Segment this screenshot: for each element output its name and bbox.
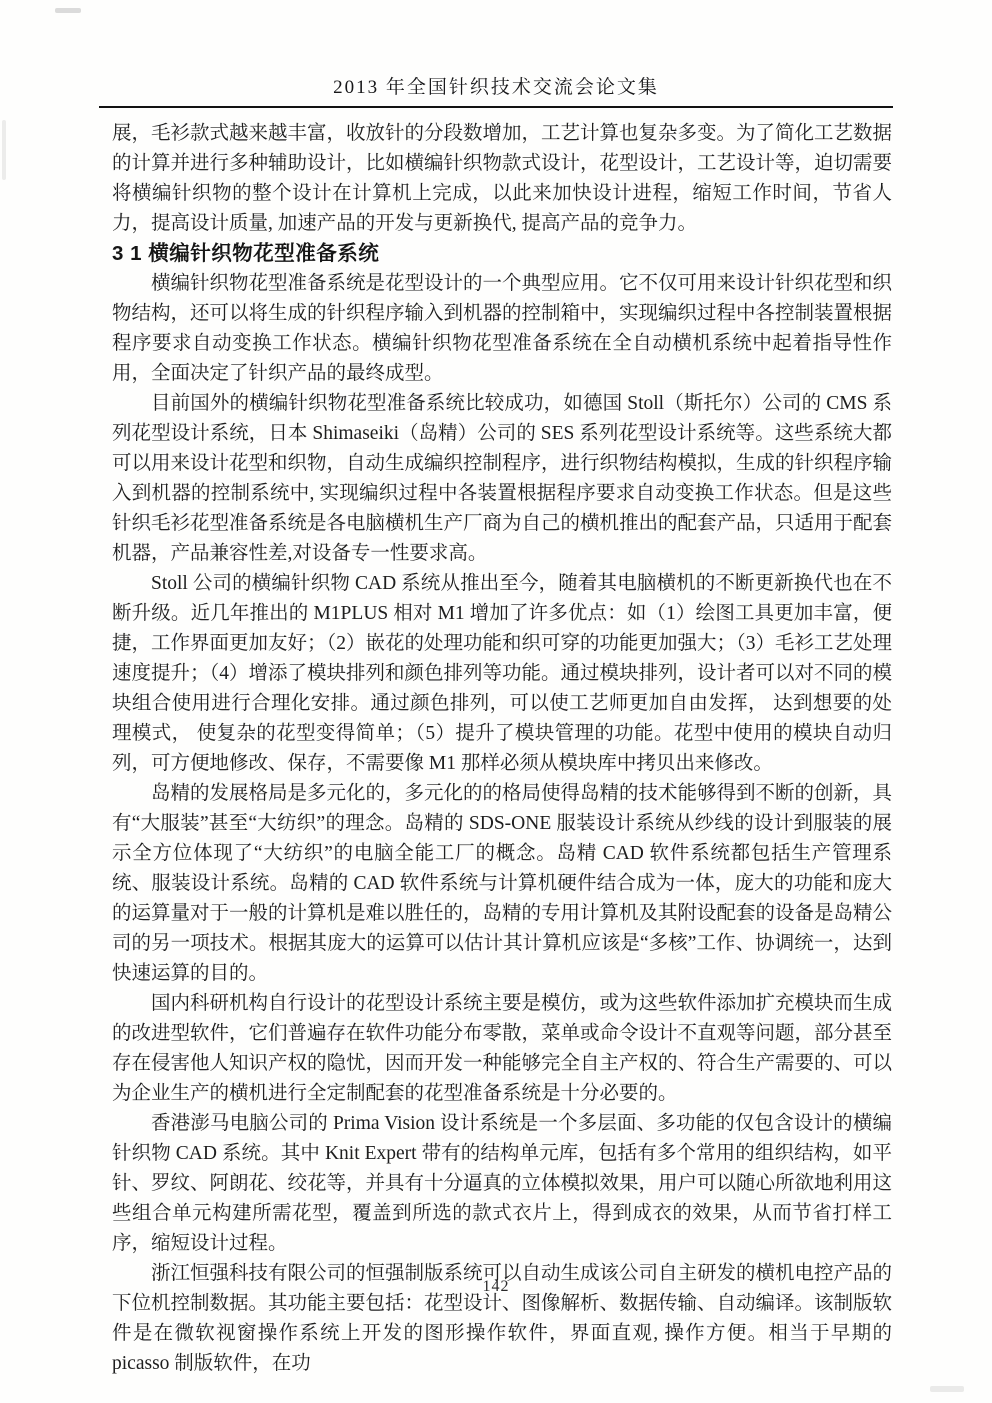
paragraph: 浙江恒强科技有限公司的恒强制版系统可以自动生成该公司自主研发的横机电控产品的下位… <box>112 1259 892 1379</box>
scan-artifact <box>2 120 6 180</box>
paragraph: 目前国外的横编针织物花型准备系统比较成功，如德国 Stoll（斯托尔）公司的 C… <box>112 389 892 569</box>
paragraph: Stoll 公司的横编针织物 CAD 系统从推出至今，随着其电脑横机的不断更新换… <box>112 569 892 779</box>
page-header: 2013 年全国针织技术交流会论文集 <box>0 0 992 108</box>
header-rule <box>99 106 893 108</box>
section-heading: 3 1 横编针织物花型准备系统 <box>112 239 892 269</box>
paragraph: 国内科研机构自行设计的花型设计系统主要是模仿，或为这些软件添加扩充模块而生成的改… <box>112 989 892 1109</box>
paragraph: 岛精的发展格局是多元化的，多元化的的格局使得岛精的技术能够得到不断的创新，具有“… <box>112 779 892 989</box>
paragraph: 香港澎马电脑公司的 Prima Vision 设计系统是一个多层面、多功能的仅包… <box>112 1109 892 1259</box>
paper-page: 2013 年全国针织技术交流会论文集 展，毛衫款式越来越丰富，收放针的分段数增加… <box>0 0 992 1403</box>
paragraph-continuation: 展，毛衫款式越来越丰富，收放针的分段数增加，工艺计算也复杂多变。为了简化工艺数据… <box>112 119 892 239</box>
header-title: 2013 年全国针织技术交流会论文集 <box>0 0 992 99</box>
paragraph: 横编针织物花型准备系统是花型设计的一个典型应用。它不仅可用来设计针织花型和织物结… <box>112 269 892 389</box>
page-footer: 142 <box>0 1278 992 1296</box>
page-number: 142 <box>483 1278 510 1295</box>
page-body: 展，毛衫款式越来越丰富，收放针的分段数增加，工艺计算也复杂多变。为了简化工艺数据… <box>112 119 892 1379</box>
scan-artifact <box>930 1386 964 1392</box>
